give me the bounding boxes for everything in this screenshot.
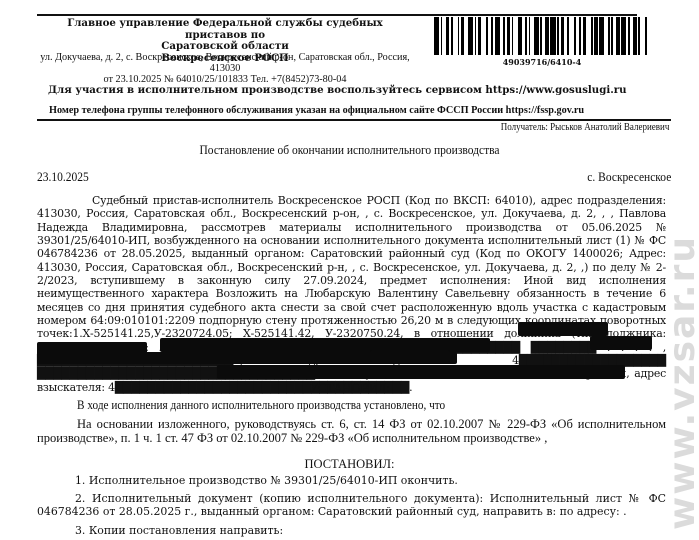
resolution-item-1: 1. Исполнительное производство № 39301/2… [37,474,666,487]
document-date: 23.10.2025 [37,170,89,185]
redaction [370,350,450,362]
header-bottom-rule [37,119,671,121]
established-text: В ходе исполнения данного исполнительног… [77,398,445,413]
resolution-item-3: 3. Копии постановления направить: [37,524,666,537]
resolved-heading: ПОСТАНОВИЛ: [0,457,699,472]
phone-note: Номер телефона группы телефонного обслуж… [49,104,607,116]
legal-basis-text: На основании изложенного, руководствуясь… [37,417,666,445]
barcode [434,17,650,55]
site-watermark: www.vzsar.ru [662,170,699,530]
document-title: Постановление об окончании исполнительно… [28,143,671,158]
authority-line-1: Главное управление Федеральной службы су… [40,18,410,41]
header-top-rule [37,14,637,16]
redaction [385,365,625,379]
redaction [518,322,608,336]
recipient: Получатель: Рыськов Анатолий Валериевич [500,122,669,133]
address-line-2: 413030 [40,63,410,74]
established-heading: УСТАНОВИЛ: [0,381,699,396]
barcode-number: 49039716/6410-4 [434,57,650,67]
resolution-item-2: 2. Исполнительный документ (копию исполн… [37,492,666,519]
gosuslugi-note: Для участия в исполнительном производств… [48,84,648,96]
address-line-1: ул. Докучаева, д. 2, с. Воскресенское, В… [40,52,410,63]
authority-line-2: Саратовской области [40,41,410,53]
document-place: с. Воскресенское [587,170,671,185]
redaction [590,336,652,350]
authority-address: ул. Докучаева, д. 2, с. Воскресенское, В… [40,52,410,85]
